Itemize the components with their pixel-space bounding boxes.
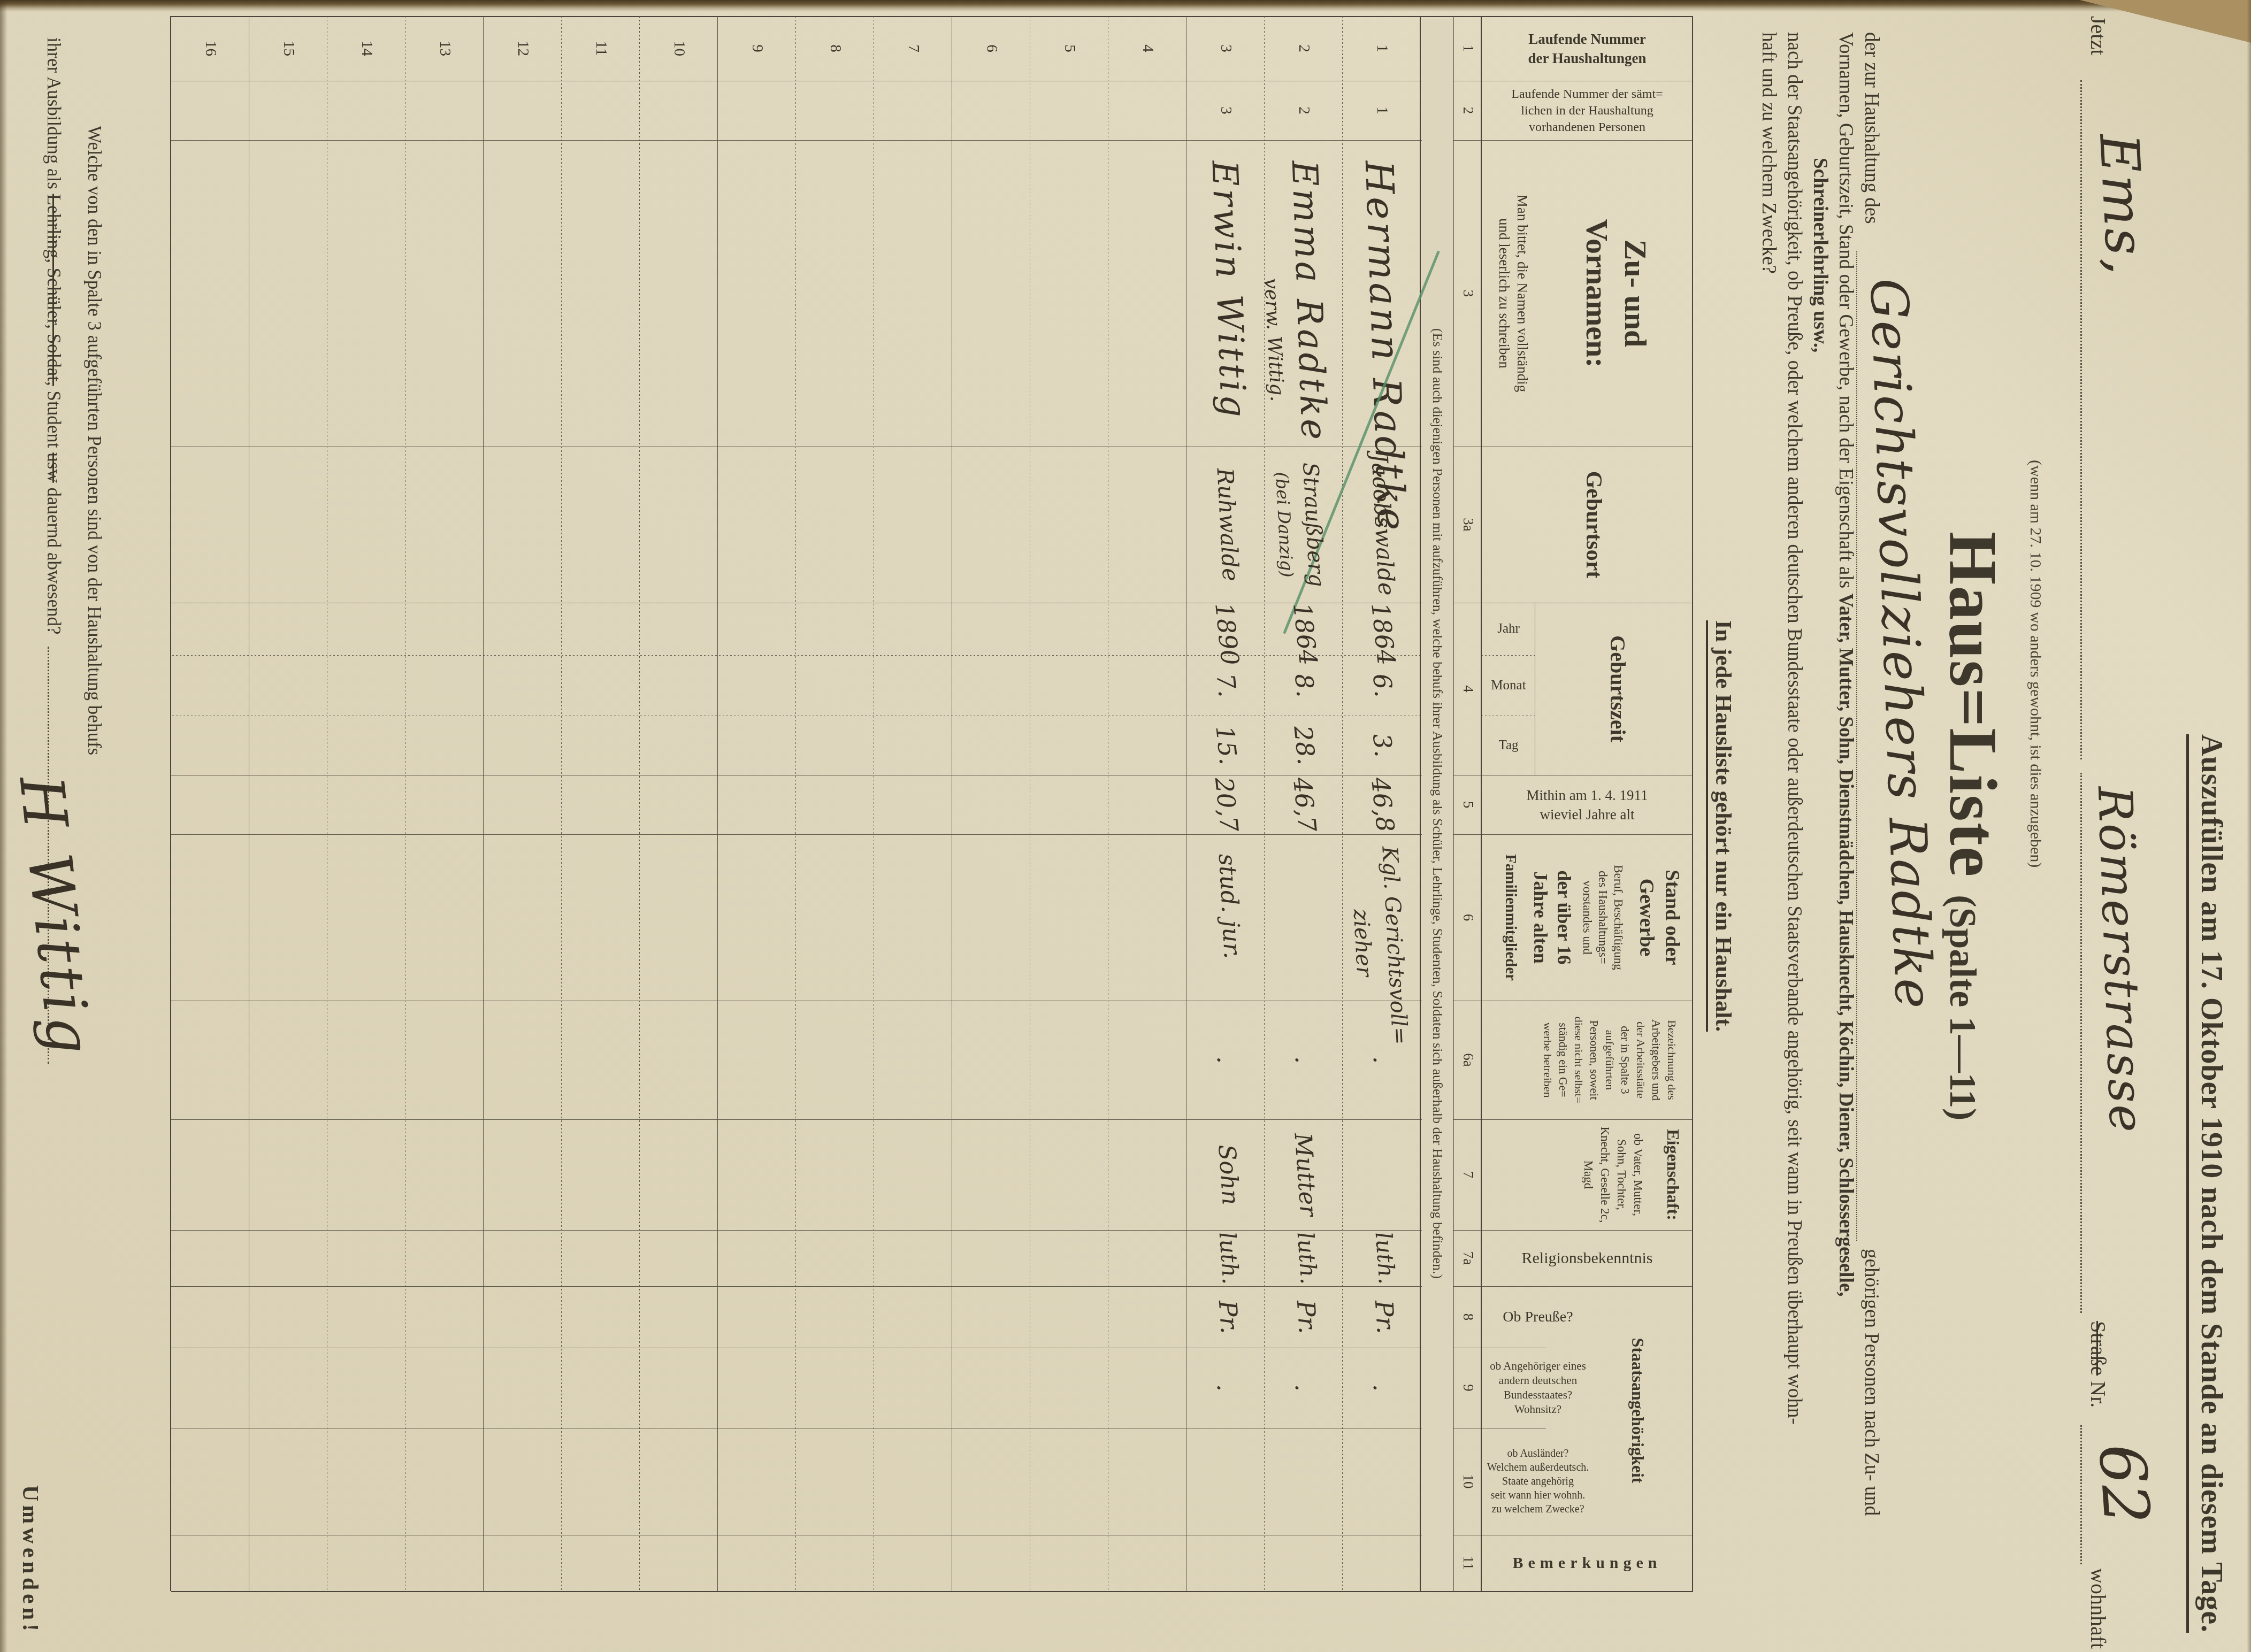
paper-edge-bottom — [0, 0, 7, 1652]
colnum-2: 2 — [1460, 81, 1476, 140]
row2-alter: 46,7 — [1287, 773, 1322, 835]
header-col7a: Religionsbekenntnis — [1482, 1230, 1693, 1286]
row-number-12: 12 — [514, 16, 532, 81]
header-col6-title: Stand oder Gewerbe — [1634, 834, 1685, 1001]
row-number-2: 2 — [1295, 16, 1313, 81]
row-number-1: 1 — [1373, 16, 1391, 81]
header-col10-text: ob Ausländer? Welchem außerdeutsch. Staa… — [1483, 1447, 1593, 1516]
row1-jahr: 1864 — [1366, 601, 1400, 656]
row-line-9 — [717, 16, 718, 1591]
header-col8: Ob Preuße? — [1482, 1286, 1594, 1348]
row-number-5: 5 — [1061, 16, 1078, 81]
note-row-bottom-line — [1420, 16, 1421, 1591]
header-col3-title: Zu- und Vornamen: — [1578, 140, 1655, 447]
intro-line2: Vornamen, Geburtszeit, Stand oder Gewerb… — [1834, 32, 1857, 1297]
row2-preusse: Pr. — [1290, 1285, 1323, 1348]
table-border-right — [171, 1591, 1693, 1592]
scan-of-haus-liste-form: { "form": { "fill_instruction": "Auszufü… — [0, 0, 2251, 1652]
numbers-row-bottom-line — [1453, 16, 1454, 1591]
row3-arbeitgeber-ditto: . — [1212, 1001, 1239, 1119]
header-col4-tag: Tag — [1482, 716, 1535, 775]
header-col1-text: Laufende Nummer der Haushaltungen — [1486, 29, 1689, 68]
header-col7-sub: ob Vater, Mutter, Sohn, Tochter, Knecht,… — [1580, 1119, 1647, 1230]
row-line-13 — [405, 16, 405, 1591]
row-line-15 — [249, 16, 249, 1591]
intro-line4: nach der Staatsangehörigkeit, ob Preuße,… — [1783, 32, 1806, 1425]
header-col4-jahr-text: Jahr — [1483, 621, 1534, 636]
list-note-text: (Es sind auch diejenigen Personen mit au… — [1430, 328, 1445, 1279]
header-col5: Mithin am 1. 4. 1911 wieviel Jahre alt — [1482, 775, 1693, 834]
intro-line1-post: gehörigen Personen nach Zu- und — [1860, 1249, 1883, 1516]
person-number-1: 1 — [1373, 81, 1391, 140]
colnum-7a: 7a — [1460, 1230, 1476, 1286]
header-col4-jahr: Jahr — [1482, 603, 1535, 655]
header-col11: Bemerkungen — [1482, 1535, 1693, 1591]
header-staats-group: Staatsangehörigkeit — [1628, 1286, 1648, 1535]
header-col7-title: Eigenschaft: — [1663, 1119, 1683, 1230]
prev-residence-note: (wenn am 27. 10. 1909 wo anders gewohnt,… — [2026, 460, 2045, 867]
person-number-3: 3 — [1217, 81, 1235, 140]
colnum-5: 5 — [1460, 775, 1476, 834]
row2-jahr: 1864 — [1288, 601, 1322, 656]
one-household-rule: In jede Hausliste gehört nur ein Haushal… — [1706, 0, 1736, 1652]
header-col11-text: Bemerkungen — [1486, 1554, 1689, 1572]
row-line-4 — [1108, 16, 1108, 1591]
row1-bundesstaat-ditto: . — [1368, 1348, 1395, 1428]
header-col3a: Geburtsort — [1581, 447, 1606, 603]
intro-line2-bold: Vater, Mutter, Sohn, Dienstmädchen, Haus… — [1835, 593, 1857, 1296]
footer-line2-struck-usw: usw — [43, 452, 64, 482]
row2-birthplace2: (bei Danzig) — [1270, 446, 1298, 603]
strasse-word-struck: Straße — [2086, 1321, 2110, 1376]
fill-instruction: Auszufüllen am 17. Oktober 1910 nach dem… — [2186, 734, 2229, 1633]
row-number-9: 9 — [748, 16, 766, 81]
one-household-rule-text: In jede Hausliste gehört nur ein Haushal… — [1706, 620, 1736, 1032]
row-line-11 — [561, 16, 562, 1591]
row-line-8 — [795, 16, 796, 1591]
row3-name: Erwin Wittig — [1204, 160, 1254, 420]
colnum-3a: 3a — [1460, 447, 1476, 603]
row-number-7: 7 — [905, 16, 922, 81]
row3-birthplace: Ruhwalde — [1211, 446, 1245, 603]
header-col7a-text: Religionsbekenntnis — [1486, 1249, 1689, 1267]
header-col3-note: Man bittet, die Namen vollständig und le… — [1495, 140, 1532, 447]
header-col9: ob Angehöriger eines andern deutschen Bu… — [1482, 1348, 1594, 1428]
fill-instruction-text: Auszufüllen am 17. Oktober 1910 nach dem… — [2195, 734, 2228, 1633]
row-line-5 — [1030, 16, 1030, 1591]
colnum-9: 9 — [1460, 1348, 1476, 1428]
header-col6-sub1: Beruf, Beschäftigung des Haushaltungs= v… — [1580, 834, 1626, 1001]
signature-handwritten: H Wittig — [6, 773, 104, 1061]
jetzt-label: Jetzt — [2086, 16, 2111, 55]
row1-stand-line2: zieher — [1349, 909, 1377, 977]
form-title-row: Haus=Liste (Spalte 1—11) — [1934, 0, 2012, 1652]
row-number-16: 16 — [202, 16, 219, 81]
person-number-2: 2 — [1295, 81, 1313, 140]
colnum-3: 3 — [1460, 140, 1476, 447]
row1-preusse: Pr. — [1368, 1285, 1402, 1348]
intro-line5: haft und zu welchem Zwecke? — [1757, 32, 1780, 274]
row3-preusse: Pr. — [1212, 1285, 1245, 1348]
row3-eigenschaft: Sohn — [1211, 1118, 1246, 1231]
row-line-2 — [1264, 16, 1265, 1591]
row-line-12 — [483, 16, 484, 1591]
row-number-11: 11 — [592, 16, 610, 81]
row1-tag: 3. — [1365, 714, 1400, 776]
header-col4-monat-text: Monat — [1483, 678, 1534, 693]
row-number-3: 3 — [1217, 16, 1235, 81]
row-number-8: 8 — [826, 16, 844, 81]
row2-religion: luth. — [1292, 1229, 1322, 1287]
row-number-13: 13 — [436, 16, 454, 81]
footer-line2-struck-words: Lehrling, Schüler, Soldat, — [43, 194, 64, 386]
city-handwritten: Ems, — [2087, 132, 2157, 278]
row-line-6 — [952, 16, 952, 1591]
intro-line1-pre: der zur Haushaltung des — [1860, 32, 1883, 224]
row2-arbeitgeber-ditto: . — [1290, 1001, 1317, 1119]
row-line-3 — [1186, 16, 1186, 1591]
header-col6a: Bezeichnung des Arbeitgebers und der Arb… — [1540, 1001, 1680, 1119]
header-col6-sub2: der über 16 Jahre alten — [1529, 834, 1576, 1001]
subcol-line-8-9 — [171, 1348, 1546, 1348]
row-number-6: 6 — [983, 16, 1000, 81]
footer-line2-post: dauernd abwesend? — [43, 483, 64, 635]
paper-edge-top — [2247, 0, 2251, 1652]
row1-arbeitgeber-ditto: . — [1368, 1001, 1395, 1119]
header-col9-text: ob Angehöriger eines andern deutschen Bu… — [1483, 1359, 1593, 1417]
colnum-1: 1 — [1460, 16, 1476, 81]
intro-line2-pre: Vornamen, Geburtszeit, Stand oder Gewerb… — [1835, 32, 1857, 593]
colnum-4: 4 — [1460, 603, 1476, 775]
row1-religion: luth. — [1370, 1229, 1400, 1287]
row2-name: Emma Radtke — [1284, 160, 1335, 443]
row-number-10: 10 — [670, 16, 688, 81]
header-col8-text: Ob Preuße? — [1483, 1309, 1593, 1326]
row3-jahr: 1890 — [1209, 601, 1244, 656]
row3-bundesstaat-ditto: . — [1212, 1348, 1239, 1428]
header-col4-monat: Monat — [1482, 655, 1535, 716]
subcol-line-9-10 — [171, 1428, 1546, 1428]
header-col4-tag-text: Tag — [1483, 738, 1534, 753]
table-border-bottom — [170, 16, 171, 1591]
row1-alter: 46,8 — [1365, 773, 1400, 835]
row-number-4: 4 — [1139, 16, 1157, 81]
umwenden-label: Umwenden! — [17, 1485, 43, 1635]
header-col1: Laufende Nummer der Haushaltungen — [1482, 16, 1693, 81]
form-title-suffix: (Spalte 1—11) — [1942, 895, 1983, 1120]
header-col5-text: Mithin am 1. 4. 1911 wieviel Jahre alt — [1486, 786, 1689, 824]
colnum-6a: 6a — [1460, 1001, 1476, 1119]
row2-tag: 28. — [1287, 714, 1322, 776]
colnum-11: 11 — [1460, 1535, 1476, 1591]
row-line-7 — [874, 16, 874, 1591]
row-line-10 — [639, 16, 640, 1591]
house-number-handwritten: 62 — [2085, 1441, 2164, 1526]
intro-line3: Schreinerlehrling usw., — [1809, 158, 1832, 352]
row2-birthplace: Straußberg — [1297, 446, 1329, 603]
row-line-1 — [1342, 16, 1343, 1591]
street-handwritten: Römerstrasse — [2087, 785, 2155, 1134]
colnum-10: 10 — [1460, 1428, 1476, 1535]
row-line-14 — [327, 16, 327, 1591]
wohnhaft-label: wohnhaft — [2086, 1568, 2111, 1649]
nr-word: Nr. — [2086, 1381, 2110, 1408]
row2-eigenschaft: Mutter — [1288, 1118, 1323, 1231]
row-number-14: 14 — [358, 16, 376, 81]
footer-question-line1: Welche von den in Spalte 3 aufgeführten … — [83, 126, 105, 755]
form-title: Haus=Liste — [1935, 532, 2011, 878]
header-col2: Laufende Nummer der sämt= lichen in der … — [1482, 81, 1693, 140]
header-col10: ob Ausländer? Welchem außerdeutsch. Staa… — [1482, 1428, 1594, 1535]
row2-bundesstaat-ditto: . — [1290, 1348, 1317, 1428]
row3-religion: luth. — [1214, 1229, 1244, 1287]
haus-liste-page: Auszufüllen am 17. Oktober 1910 nach dem… — [0, 0, 2251, 1652]
header-col6-sub3: Familienmitglieder — [1502, 834, 1519, 1001]
row-number-15: 15 — [280, 16, 297, 81]
header-col4: Geburtszeit — [1605, 603, 1630, 775]
row3-alter: 20,7 — [1209, 773, 1244, 835]
footer-line2-pre: ihrer Ausbildung als — [43, 37, 64, 194]
row3-tag: 15. — [1209, 714, 1244, 776]
colnum-8: 8 — [1460, 1286, 1476, 1348]
colnum-6: 6 — [1460, 834, 1476, 1001]
paper-edge-left — [0, 0, 2251, 12]
header-col2-text: Laufende Nummer der sämt= lichen in der … — [1486, 86, 1689, 135]
row3-stand: stud. jur. — [1213, 853, 1246, 959]
colnum-7: 7 — [1460, 1119, 1476, 1230]
footer-line2-student: Student — [43, 386, 64, 452]
strasse-nr-label: Straße Nr. — [2086, 1321, 2111, 1408]
